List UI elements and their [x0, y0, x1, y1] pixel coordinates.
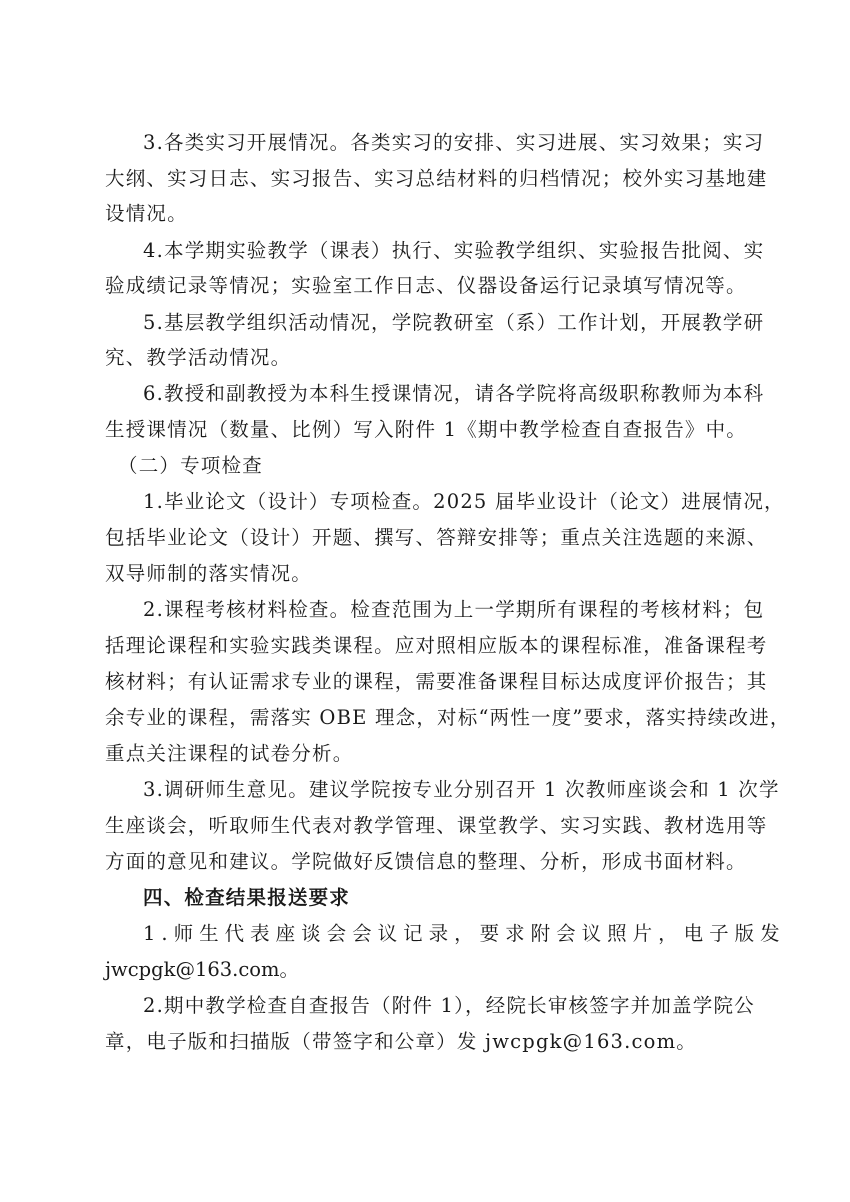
- email-text: jwcpgk@163.com。: [105, 957, 745, 983]
- document-page: 3.各类实习开展情况。各类实习的安排、实习进展、实习效果；实习 大纲、实习日志、…: [0, 0, 850, 1202]
- paragraph-line: 重点关注课程的试卷分析。: [105, 741, 745, 767]
- paragraph-line: 大纲、实习日志、实习报告、实习总结材料的归档情况；校外实习基地建: [105, 166, 745, 192]
- paragraph-line: 章，电子版和扫描版（带签字和公章）发 jwcpgk@163.com。: [105, 1029, 745, 1055]
- paragraph-line: 方面的意见和建议。学院做好反馈信息的整理、分析，形成书面材料。: [105, 849, 745, 875]
- paragraph-line: 6.教授和副教授为本科生授课情况，请各学院将高级职称教师为本科: [143, 381, 745, 407]
- section-heading: 四、检查结果报送要求: [143, 885, 745, 911]
- paragraph-line: 括理论课程和实验实践类课程。应对照相应版本的课程标准，准备课程考: [105, 633, 745, 659]
- paragraph-line: 生座谈会，听取师生代表对教学管理、课堂教学、实习实践、教材选用等: [105, 813, 745, 839]
- paragraph-line: 设情况。: [105, 201, 745, 227]
- subsection-heading: （二）专项检查: [118, 453, 758, 479]
- paragraph-line: 2.课程考核材料检查。检查范围为上一学期所有课程的考核材料；包: [143, 597, 745, 623]
- paragraph-line: 1.毕业论文（设计）专项检查。2025 届毕业设计（论文）进展情况，: [143, 489, 745, 515]
- paragraph-line: 4.本学期实验教学（课表）执行、实验教学组织、实验报告批阅、实: [143, 238, 745, 264]
- paragraph-line: 1.师生代表座谈会会议记录，要求附会议照片，电子版发: [143, 921, 745, 947]
- paragraph-line: 3.调研师生意见。建议学院按专业分别召开 1 次教师座谈会和 1 次学: [143, 777, 745, 803]
- paragraph-line: 核材料；有认证需求专业的课程，需要准备课程目标达成度评价报告；其: [105, 669, 745, 695]
- paragraph-line: 验成绩记录等情况；实验室工作日志、仪器设备运行记录填写情况等。: [105, 273, 745, 299]
- paragraph-line: 究、教学活动情况。: [105, 345, 745, 371]
- paragraph-line: 余专业的课程，需落实 OBE 理念，对标“两性一度”要求，落实持续改进，: [105, 705, 745, 731]
- paragraph-line: 包括毕业论文（设计）开题、撰写、答辩安排等；重点关注选题的来源、: [105, 525, 745, 551]
- paragraph-line: 2.期中教学检查自查报告（附件 1），经院长审核签字并加盖学院公: [143, 993, 745, 1019]
- paragraph-line: 3.各类实习开展情况。各类实习的安排、实习进展、实习效果；实习: [143, 130, 745, 156]
- paragraph-line: 双导师制的落实情况。: [105, 561, 745, 587]
- paragraph-line: 5.基层教学组织活动情况，学院教研室（系）工作计划，开展教学研: [143, 310, 745, 336]
- paragraph-line: 生授课情况（数量、比例）写入附件 1《期中教学检查自查报告》中。: [105, 417, 745, 443]
